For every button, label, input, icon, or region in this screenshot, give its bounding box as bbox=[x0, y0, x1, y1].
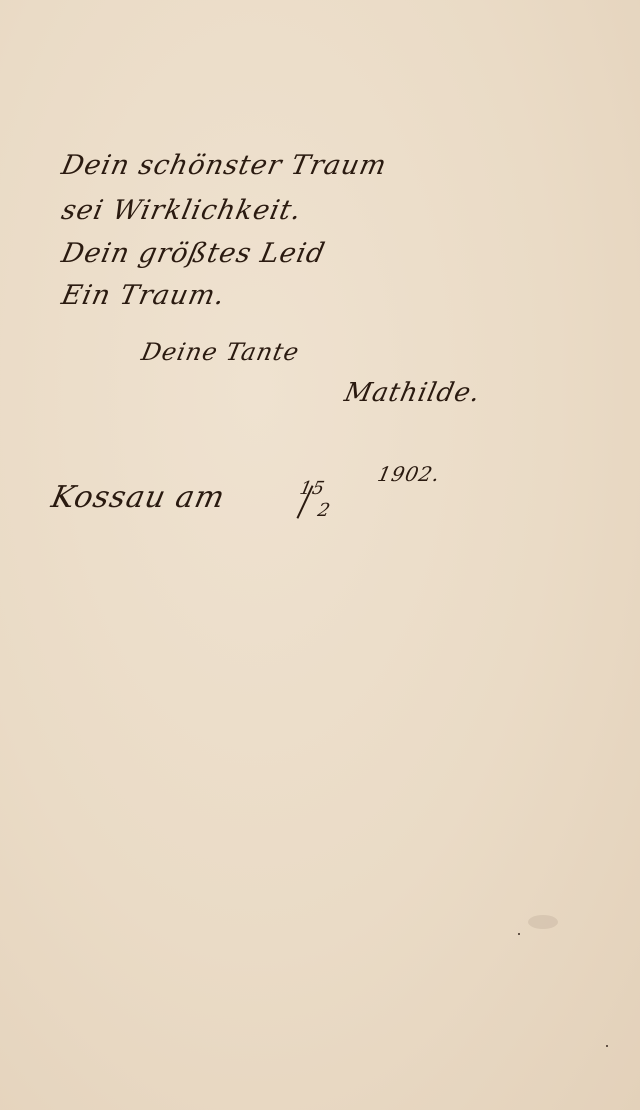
paper-stain bbox=[528, 915, 558, 929]
place-text: Kossau am bbox=[48, 480, 228, 515]
poem-line-2: sei Wirklichkeit. bbox=[59, 195, 305, 226]
poem-line-3: Dein größtes Leid bbox=[59, 238, 328, 269]
paper-page: Dein schönster Traum sei Wirklichkeit. D… bbox=[0, 0, 640, 1110]
date-day: 15 bbox=[298, 478, 327, 499]
date-year: 1902. bbox=[375, 462, 442, 486]
signature: Mathilde. bbox=[342, 378, 484, 408]
poem-line-1: Dein schönster Traum bbox=[59, 150, 390, 181]
poem-line-4: Ein Traum. bbox=[59, 280, 228, 311]
closing: Deine Tante bbox=[139, 338, 302, 366]
paper-speck bbox=[518, 933, 520, 935]
date-month: 2 bbox=[316, 500, 333, 521]
paper-speck bbox=[606, 1045, 608, 1047]
